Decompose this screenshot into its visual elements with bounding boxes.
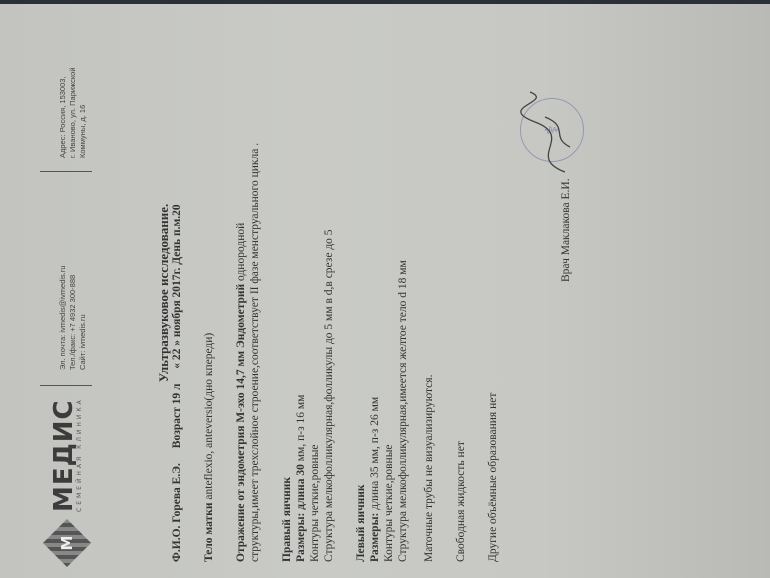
address-line: г. Иваново, ул. Парижской (68, 67, 78, 158)
right-ovary-heading: Правый яичник (280, 12, 294, 562)
endometrium-details: структуры,имеет трехслойное строение,соо… (248, 12, 262, 562)
divider (40, 385, 92, 386)
phone: Тел./факс: +7 4932 300-888 (68, 265, 78, 370)
free-fluid-line: Свободная жидкость нет (454, 12, 468, 562)
address-line: Адрес: Россия, 153003, (58, 67, 68, 158)
left-ovary-size: Размеры: длина 35 мм, п-з 26 мм (368, 12, 382, 562)
divider (40, 171, 92, 172)
contacts-block: Эл. почта: ivmedis@ivmedis.ru Тел./факс:… (58, 265, 88, 370)
email: Эл. почта: ivmedis@ivmedis.ru (58, 265, 68, 370)
right-ovary-contours: Контуры четкие,ровные (308, 12, 322, 562)
letterhead: М МЕДИС СЕМЕЙНАЯ КЛИНИКА Эл. почта: ivme… (0, 4, 130, 578)
endometrium-line: Отражение от эндометрия М-эхо 14,7 мм Эн… (234, 12, 248, 562)
left-ovary-contours: Контуры четкие,ровные (382, 12, 396, 562)
tubes-line: Маточные трубы не визуализируются. (422, 12, 436, 562)
right-ovary-structure: Структура мелкофолликулярная,фолликулы д… (322, 12, 336, 562)
website: Сайт: ivmedis.ru (78, 265, 88, 370)
right-ovary-size: Размеры: длина 30 мм, п-з 16 мм (294, 12, 308, 562)
other-masses-line: Другие объёмные образования нет (486, 12, 500, 562)
clinic-logo: М МЕДИС СЕМЕЙНАЯ КЛИНИКА (50, 397, 84, 560)
brand-subtitle: СЕМЕЙНАЯ КЛИНИКА (76, 397, 83, 512)
report-page: М МЕДИС СЕМЕЙНАЯ КЛИНИКА Эл. почта: ivme… (0, 4, 770, 578)
left-ovary-heading: Левый яичник (354, 12, 368, 562)
brand-name: МЕДИС (52, 397, 76, 512)
left-ovary-structure: Структура мелкофолликулярная,имеется жел… (396, 12, 410, 562)
logo-diamond-icon: М (43, 519, 91, 567)
report-body: Ф.И.О. Горева Е.Э. Возраст 19 л « 22 » н… (170, 12, 500, 562)
signature-icon (515, 87, 585, 177)
paper-sheet: М МЕДИС СЕМЕЙНАЯ КЛИНИКА Эл. почта: ivme… (0, 4, 770, 578)
doctor-signature-line: Врач Маклакова Е.И. (560, 178, 572, 282)
address-block: Адрес: Россия, 153003, г. Иваново, ул. П… (58, 67, 88, 158)
uterus-line: Тело матки anteflexio, anteversio(дно кп… (202, 12, 216, 562)
patient-line: Ф.И.О. Горева Е.Э. Возраст 19 л « 22 » н… (170, 12, 184, 562)
address-line: Коммуны, д. 16 (78, 67, 88, 158)
